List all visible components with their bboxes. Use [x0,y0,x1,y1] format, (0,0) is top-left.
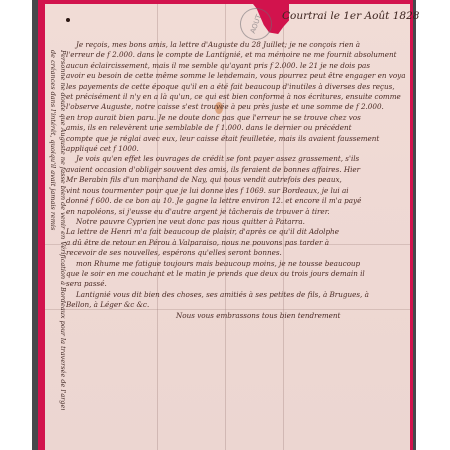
letter-dateline: Courtrai le 1er Août 1828 [282,10,419,22]
body-line: vint nous tourmenter pour que je lui don… [66,186,406,196]
margin-note: Personne ne doute que Auguste ne fasse b… [44,50,68,410]
body-line: appliqué cet f 1000. [66,144,406,154]
body-line: que le soir en me couchant et le matin j… [66,269,406,279]
letter-body: Je reçois, mes bons amis, la lettre d'Au… [66,40,406,321]
body-line: Mr Berabin fils d'un marchand de Nay, qu… [66,175,406,185]
body-line: Notre pauvre Cyprien ne veut donc pas no… [66,217,406,227]
body-line: recevoir de ses nouvelles, espérons qu'e… [66,248,406,258]
body-line: sera passé. [66,279,406,289]
ink-blot [66,18,70,22]
body-line: La lettre de Henri m'a fait beaucoup de … [66,227,406,237]
body-line: amis, ils en relevèrent une semblable de… [66,123,406,133]
margin-line: de créances dans l'intérêt, quoiqu'il av… [48,50,58,410]
body-line: aucun éclaircissement, mais il me semble… [66,61,406,71]
body-line: compte que je réglai avec eux, leur cais… [66,134,406,144]
body-line: et précisément il n'y en a là qu'un, ce … [66,92,406,102]
body-line: a dû être de retour en Pérou à Valparais… [66,238,406,248]
body-line: en trop aurait bien paru. Je ne doute do… [66,113,406,123]
body-line: les payements de cette époque qu'il en a… [66,82,406,92]
body-line: Je vois qu'en effet les ouvrages de créd… [66,154,406,164]
postmark-text: AOUT [249,13,263,34]
body-line: Bellon, à Léger &c &c. [66,300,406,310]
body-line: avoir eu besoin de cette même somme le l… [66,71,406,81]
body-line: l'erreur de f 2.000. dans le compte de L… [66,50,406,60]
body-line: donné f 600. de ce bon au 10. Je gagne l… [66,196,406,206]
body-line: Je reçois, mes bons amis, la lettre d'Au… [66,40,406,50]
body-line: Lantignié vous dit bien des choses, ses … [66,290,406,300]
body-line: l'observe Auguste, notre caisse s'est tr… [66,102,406,112]
body-line: avaient occasion d'obliger souvent des a… [66,165,406,175]
closing-line: Nous vous embrassons tous bien tendremen… [66,311,406,321]
body-line: mon Rhume me fatigue toujours mais beauc… [66,259,406,269]
body-line: en napoléons, si j'eusse eu d'autre arge… [66,207,406,217]
